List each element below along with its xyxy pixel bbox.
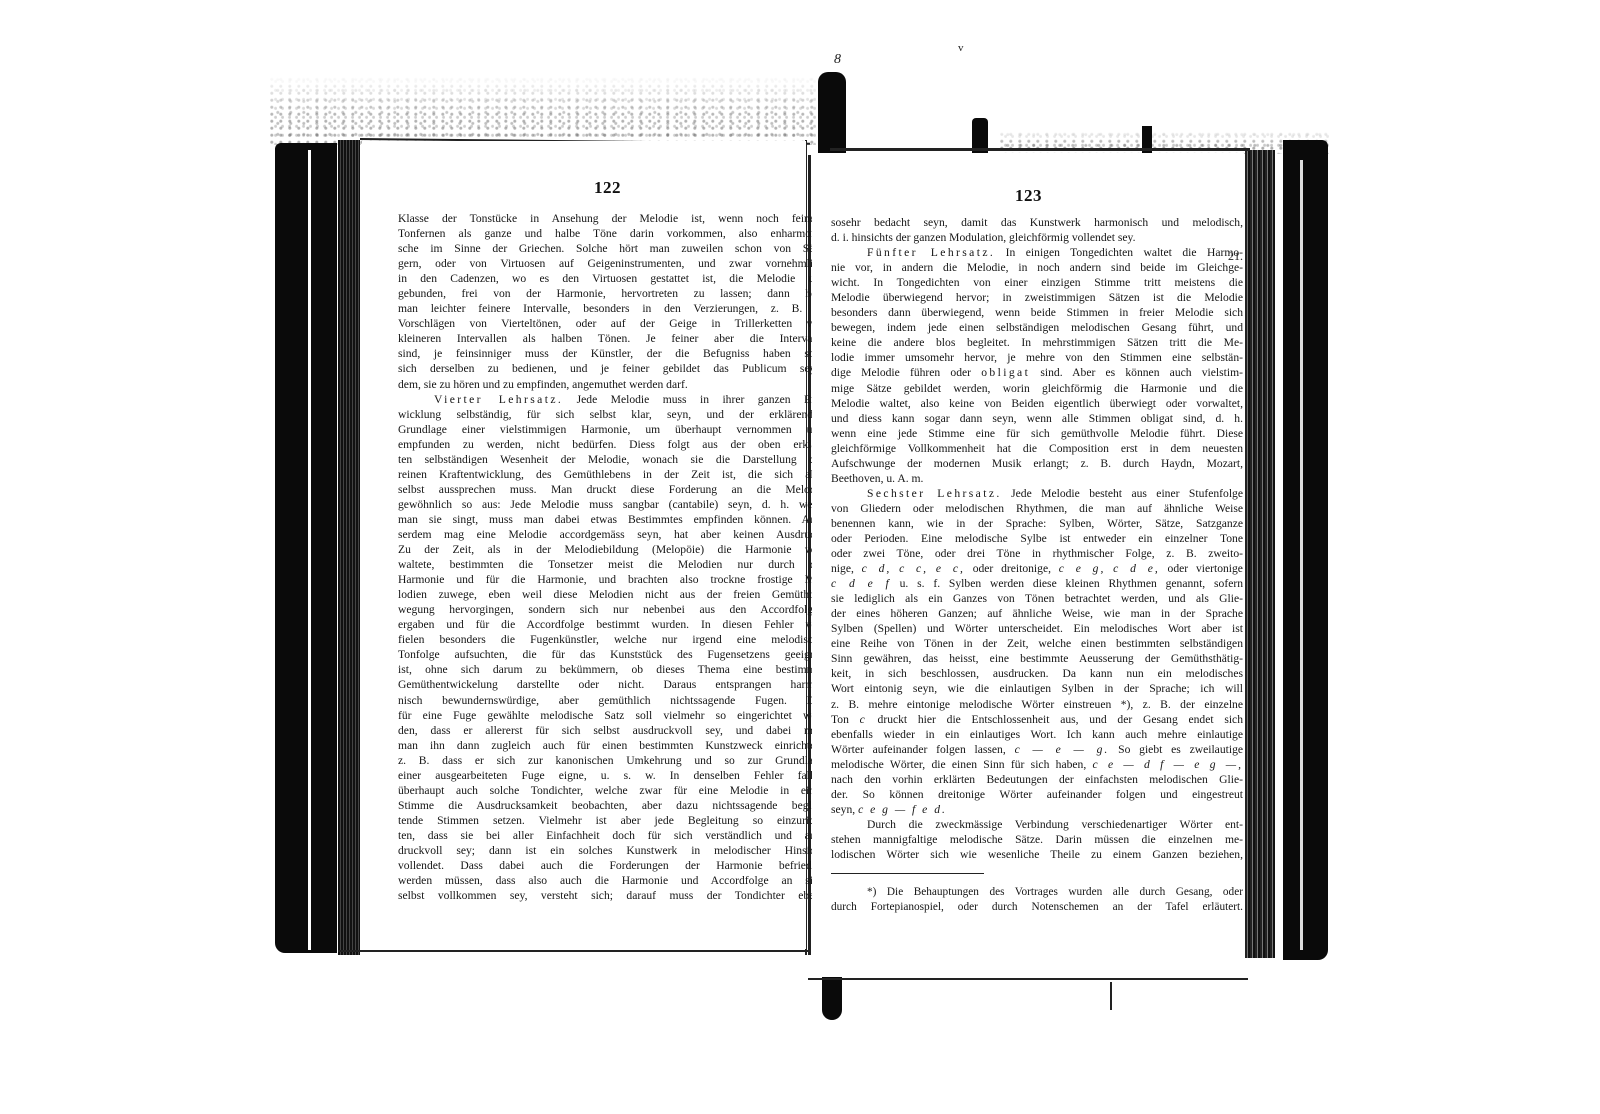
left-page-text: Klasse der Tonstücke in Ansehung der Mel… bbox=[398, 211, 824, 903]
text-line: Gemüthentwickelung darstellte oder nicht… bbox=[398, 677, 824, 692]
section-heading-line: Fünfter Lehrsatz. In einigen Tongedichte… bbox=[831, 245, 1243, 260]
text-line: Sinn gewähren, das heisst, eine bestimmt… bbox=[831, 651, 1243, 666]
closing-paragraph: Durch die zweckmässige Verbindung versch… bbox=[831, 817, 1243, 862]
text-line: Tonfolge aufsuchten, die für das Kunstst… bbox=[398, 647, 824, 662]
margin-mark: ˙ bbox=[1212, 704, 1215, 715]
text-line: gleichförmige Vollkommenheit hat die Com… bbox=[831, 441, 1243, 456]
text-line: lodischen Wörter sich wie wesenliche The… bbox=[831, 847, 1243, 862]
text-line: man ihn dann zugleich auch für einen bes… bbox=[398, 738, 824, 753]
page-stack-right bbox=[1245, 150, 1275, 958]
section-6-body-b: sie lediglich als ein Ganzes von Tönen b… bbox=[831, 591, 1243, 711]
text-line: stehen mannigfaltige melodische Sätze. D… bbox=[831, 832, 1243, 847]
text-line: z. B. dass er sich zur kanonischen Umkeh… bbox=[398, 753, 824, 768]
text-line: sind, je feinsinniger muss der Künstler,… bbox=[398, 346, 824, 361]
section-heading-line: Sechster Lehrsatz. Jede Melodie besteht … bbox=[831, 486, 1243, 501]
text-line: sosehr bedacht seyn, damit das Kunstwerk… bbox=[831, 215, 1243, 230]
text-line: der. So können dreitonige Wörter aufeina… bbox=[831, 787, 1243, 802]
section-5-body: nie vor, in andern die Melodie, in noch … bbox=[831, 260, 1243, 365]
footnote-rule bbox=[831, 873, 984, 874]
text-line: Melodie überwiegend hervor; in zweistimm… bbox=[831, 290, 1243, 305]
text-line: Harmonie und für die Harmonie, und brach… bbox=[398, 572, 824, 587]
page-edge-line bbox=[808, 978, 1248, 980]
text-line: ebenfalls wieder in ein einlautiges Wort… bbox=[831, 727, 1243, 742]
section-6-body-c: ebenfalls wieder in ein einlautiges Wort… bbox=[831, 727, 1243, 742]
margin-number: 21. bbox=[1228, 249, 1243, 264]
text-line: bewegen, indem jede einen selbständigen … bbox=[831, 320, 1243, 335]
page-number: 122 bbox=[594, 178, 621, 198]
text-line: einer ausgearbeiteten Fuge eigne, u. s. … bbox=[398, 768, 824, 783]
text-line: für eine Fuge gewählte melodische Satz s… bbox=[398, 708, 824, 723]
text-line: Tonfernen als ganze und halbe Töne darin… bbox=[398, 226, 824, 241]
text-line: ist, ohne sich darum zu bekümmern, ob di… bbox=[398, 662, 824, 677]
text-line: gewöhnlich so aus: Jede Melodie muss san… bbox=[398, 497, 824, 512]
section-heading: Vierter Lehrsatz. bbox=[434, 393, 563, 406]
text-line: gebunden, frei von der Harmonie, hervort… bbox=[398, 286, 824, 301]
page-edge-line bbox=[830, 148, 1250, 151]
text-line: Wörter aufeinander folgen lassen, c — e … bbox=[831, 742, 1243, 757]
text-line: reinen Kraftentwicklung, des Gemüthleben… bbox=[398, 467, 824, 482]
text-line: sich derselben zu bedienen, und je feine… bbox=[398, 361, 824, 376]
text-line: vollendet. Dass dabei auch die Forderung… bbox=[398, 858, 824, 873]
right-page-text: sosehr bedacht seyn, damit das Kunstwerk… bbox=[831, 215, 1243, 862]
section-6-body: von Gliedern oder melodischen Rhythmen, … bbox=[831, 501, 1243, 561]
text-line: wenn eine jede Stimme eine für sich gemü… bbox=[831, 426, 1243, 441]
text-line: dige Melodie führen oder obligat sind. A… bbox=[831, 365, 1243, 380]
text-line: den, dass er allererst für sich selbst a… bbox=[398, 723, 824, 738]
text-line: von Gliedern oder melodischen Rhythmen, … bbox=[831, 501, 1243, 516]
text-line: wicklung selbständig, für sich selbst kl… bbox=[398, 407, 824, 422]
text-line: oder Perioden. Eine melodische Sylbe ist… bbox=[831, 531, 1243, 546]
text-line: Sylben (Spellen) und Wörter unterscheide… bbox=[831, 621, 1243, 636]
text-line: sche im Sinne der Griechen. Solche hört … bbox=[398, 241, 824, 256]
cover-highlight-left bbox=[308, 150, 311, 950]
text-line: nie vor, in andern die Melodie, in noch … bbox=[831, 260, 1243, 275]
paper-speckle-top-left bbox=[270, 75, 830, 145]
margin-mark: 8 bbox=[834, 52, 841, 68]
text-line: selbst vollkommen sey, versteht sich; da… bbox=[398, 888, 824, 903]
text-line: Beethoven, u. A. m. bbox=[831, 471, 1243, 486]
text-line: dem, sie zu hören und zu empfinden, ange… bbox=[398, 377, 824, 392]
page-number: 123 bbox=[1015, 186, 1042, 206]
cover-highlight-right bbox=[1300, 160, 1303, 950]
text-line: der eines höheren Ganzen; auf ähnliche W… bbox=[831, 606, 1243, 621]
left-page: 122 Klasse der Tonstücke in Ansehung der… bbox=[362, 141, 806, 949]
text-line: man sie singt, muss man dabei etwas Best… bbox=[398, 512, 824, 527]
text-line: werden müssen, dass also auch die Harmon… bbox=[398, 873, 824, 888]
right-page: 123 sosehr bedacht seyn, damit das Kunst… bbox=[812, 153, 1244, 977]
margin-mark: v bbox=[958, 42, 964, 54]
text-line: fielen besonders die Fugenkünstler, welc… bbox=[398, 632, 824, 647]
page-tab-top-3 bbox=[1142, 126, 1152, 156]
text-line: waltete, bestimmten die Tonsetzer meist … bbox=[398, 557, 824, 572]
page-edge-mark bbox=[1110, 982, 1112, 1010]
spine-tab-top bbox=[818, 72, 846, 157]
text-line: Klasse der Tonstücke in Ansehung der Mel… bbox=[398, 211, 824, 226]
text-line: kleineren Intervallen als halben Tönen. … bbox=[398, 331, 824, 346]
text-line: man leichter feinere Intervalle, besonde… bbox=[398, 301, 824, 316]
section-heading: Fünfter Lehrsatz. bbox=[867, 246, 995, 259]
page-edge-line bbox=[338, 950, 808, 952]
text-line: ten selbständigen Wesenheit der Melodie,… bbox=[398, 452, 824, 467]
text-line: nige, c d, c c, e c, oder dreitonige, c … bbox=[831, 561, 1243, 576]
section-5-body-cont: mige Sätze gebildet werden, worin gleich… bbox=[831, 381, 1243, 486]
text-line: z. B. mehre eintonige melodische Wörter … bbox=[831, 697, 1243, 712]
text-line: mige Sätze gebildet werden, worin gleich… bbox=[831, 381, 1243, 396]
page-stack-left bbox=[338, 140, 360, 955]
text-line: c d e f u. s. f. Sylben werden diese kle… bbox=[831, 576, 1243, 591]
section-6-body-d: nach den vorhin erklärten Bedeutungen de… bbox=[831, 772, 1243, 802]
text-line: ergaben und für die Accordfolge bestimmt… bbox=[398, 617, 824, 632]
text-line: und diess kann sogar dann seyn, wenn all… bbox=[831, 411, 1243, 426]
text-line: empfunden zu werden, nicht bedürfen. Die… bbox=[398, 437, 824, 452]
text-line: eine Reihe von Tönen in der Zeit, welche… bbox=[831, 636, 1243, 651]
text-line: Aufschwunge der modernen Musik erlangt; … bbox=[831, 456, 1243, 471]
text-line: nach den vorhin erklärten Bedeutungen de… bbox=[831, 772, 1243, 787]
text-line: d. i. hinsichts der ganzen Modulation, g… bbox=[831, 230, 1243, 245]
text-line: wicht. In Tongedichten von einer einzige… bbox=[831, 275, 1243, 290]
section-heading: Sechster Lehrsatz. bbox=[867, 487, 1002, 500]
text-line: überhaupt auch solche Tondichter, welche… bbox=[398, 783, 824, 798]
text-line: wegung hervorgingen, sondern sich nur ne… bbox=[398, 602, 824, 617]
text-line: oder zwei Töne, oder drei Töne in rhythm… bbox=[831, 546, 1243, 561]
text-line: seyn, c e g — f e d. bbox=[831, 802, 1243, 817]
text-line: besonders dann überwiegend, wenn beide S… bbox=[831, 305, 1243, 320]
text-line: gern, oder von Virtuosen auf Geigeninstr… bbox=[398, 256, 824, 271]
text-line: benennen kann, wie in der Sprache: Sylbe… bbox=[831, 516, 1243, 531]
text-line: Wort eintonig seyn, wie die einlautigen … bbox=[831, 681, 1243, 696]
text-line: keine die andere blos begleitet. In mehr… bbox=[831, 335, 1243, 350]
section-4-body: wicklung selbständig, für sich selbst kl… bbox=[398, 407, 824, 904]
text-line: keit, in sich beschlossen, ausdrucken. D… bbox=[831, 666, 1243, 681]
book-scan: 8 v ↘ 122 Klasse der Tonstücke in Ansehu… bbox=[0, 0, 1600, 1114]
text-line: sie lediglich als ein Ganzes von Tönen b… bbox=[831, 591, 1243, 606]
text-line: nisch bewundernswürdige, aber gemüthlich… bbox=[398, 693, 824, 708]
text-line: lodien zuwege, eben weil diese Melodien … bbox=[398, 587, 824, 602]
text-line: Melodie waltet, also keine von Beiden ei… bbox=[831, 396, 1243, 411]
text-line: Vorschlägen von Vierteltönen, oder auf d… bbox=[398, 316, 824, 331]
section-heading-line: Vierter Lehrsatz. Jede Melodie muss in i… bbox=[398, 392, 824, 407]
footnote: *) Die Behauptungen des Vortrages wurden… bbox=[831, 885, 1243, 915]
text-line: in den Cadenzen, wo es den Virtuosen ges… bbox=[398, 271, 824, 286]
text-line: Ton c druckt hier die Entschlossenheit a… bbox=[831, 712, 1243, 727]
text-line: Stimme die Ausdrucksamkeit beobachten, a… bbox=[398, 798, 824, 813]
text-line: lodie immer umsomehr hervor, je mehre vo… bbox=[831, 350, 1243, 365]
text-line: serdem mag eine Melodie accordgemäss sey… bbox=[398, 527, 824, 542]
footnote-line: durch Fortepianospiel, oder durch Notens… bbox=[831, 900, 1243, 915]
footnote-line: *) Die Behauptungen des Vortrages wurden… bbox=[831, 885, 1243, 900]
text-line: tende Stimmen setzen. Vielmehr ist aber … bbox=[398, 813, 824, 828]
text-line: selbst aussprechen muss. Man druckt dies… bbox=[398, 482, 824, 497]
text-line: ten, dass sie bei aller Einfachheit doch… bbox=[398, 828, 824, 843]
text-line: druckvoll sey; dann ist ein solches Kuns… bbox=[398, 843, 824, 858]
text-line: melodische Wörter, die einen Sinn für si… bbox=[831, 757, 1243, 772]
book-cover-left-edge bbox=[275, 143, 337, 953]
text-line: Zu der Zeit, als in der Melodiebildung (… bbox=[398, 542, 824, 557]
emphasized-word: obligat bbox=[981, 366, 1030, 379]
text-line: Durch die zweckmässige Verbindung versch… bbox=[831, 817, 1243, 832]
book-cover-right-edge bbox=[1283, 140, 1328, 960]
text-line: Grundlage einer vielstimmigen Harmonie, … bbox=[398, 422, 824, 437]
